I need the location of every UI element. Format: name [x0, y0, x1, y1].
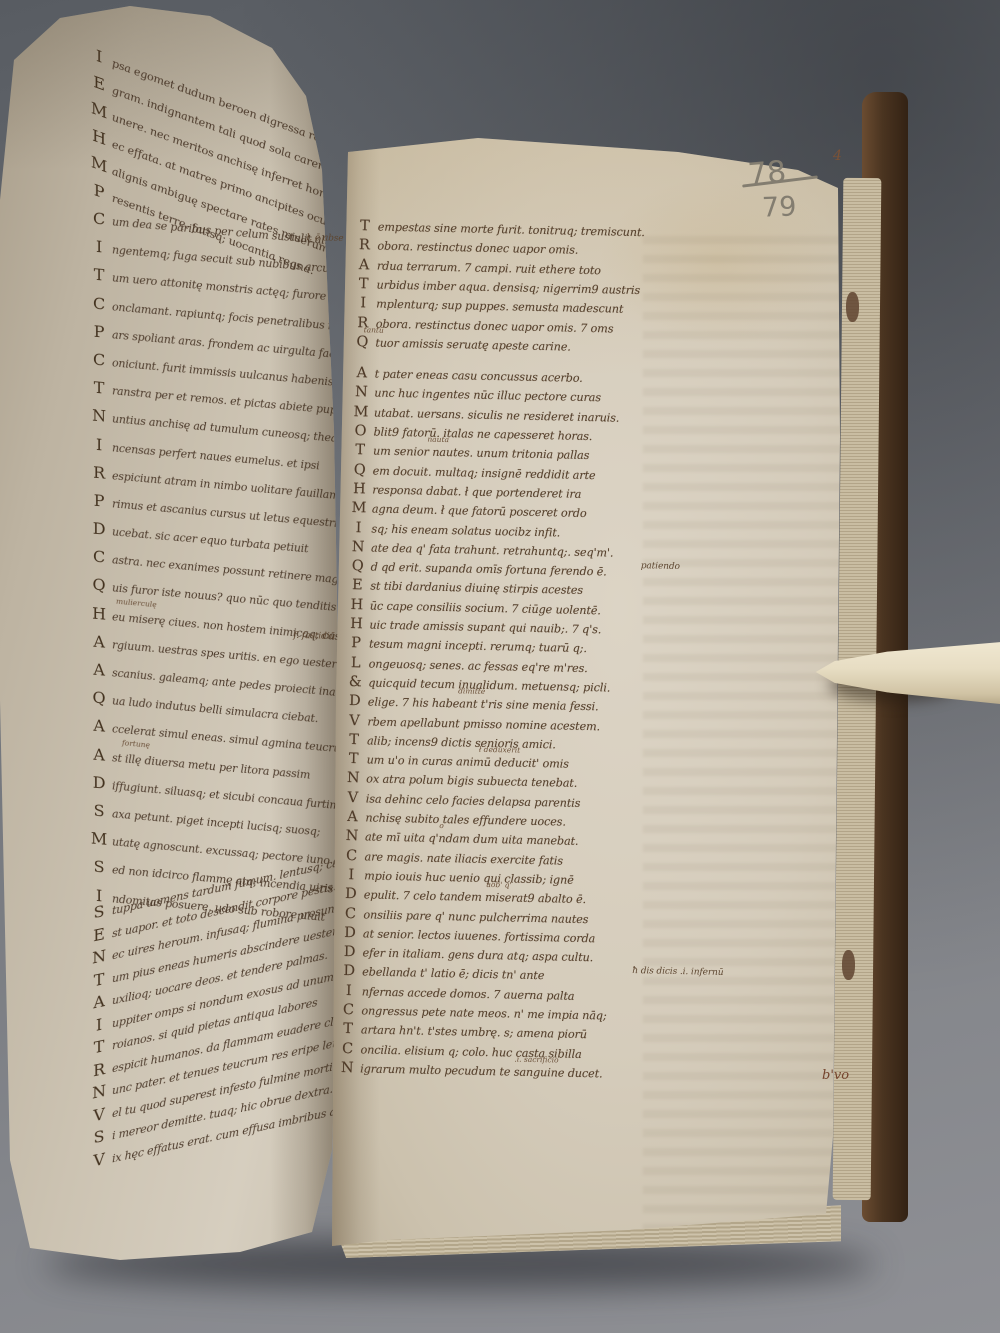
manuscript-line: Defer in italiam. gens dura atq; aspa cu…	[336, 944, 593, 965]
line-text: isa dehinc celo facies delapsa parentis	[366, 792, 581, 809]
line-initial: T	[86, 377, 112, 398]
manuscript-line: Longeuosq; senes. ac fessas eq're m'res.	[343, 654, 588, 675]
line-initial: P	[343, 635, 369, 652]
manuscript-line: Visa dehinc celo facies delapsa parentis	[340, 790, 581, 811]
line-text: st tibi dardanius diuinę stirpis acestes	[370, 580, 583, 597]
line-initial: A	[86, 659, 112, 680]
manuscript-line: Ptesum magni incepti. rerumq; tuarū q;.	[343, 635, 587, 656]
manuscript-line: Care magis. nate iliacis exercite fatis	[338, 847, 563, 868]
line-initial: Q	[86, 574, 112, 595]
manuscript-line: Mutabat. uersans. siculis ne resideret i…	[348, 404, 620, 426]
manuscript-line: Tum senior nautes. unum tritonia pallasn…	[347, 442, 590, 463]
line-initial: I	[86, 236, 112, 257]
line-initial: N	[339, 828, 365, 845]
margin-note: ħ dis dicis .i. infernū	[632, 966, 723, 978]
line-text: ox atra polum bigis subuecta tenebat.	[366, 773, 577, 790]
margin-note: patiendo	[641, 561, 680, 572]
line-text: ongeuosq; senes. ac fessas eq're m'res.	[369, 657, 588, 675]
line-initial: C	[337, 905, 363, 922]
line-text: at senior. lectos iuuenes. fortissima co…	[363, 927, 595, 945]
interlinear-gloss: nauta	[427, 435, 449, 444]
line-text: responsa dabat. ł que portenderet ira	[372, 483, 581, 500]
line-text: mpio iouis huc uenio qui classib; ignē	[364, 869, 574, 886]
manuscript-line: Congressus pete nate meos. n' me impia n…	[335, 1002, 607, 1024]
manuscript-line: Nigrarum multo pecudum te sanguine ducet…	[334, 1060, 603, 1082]
line-text: obora. restinctus donec uapor omis.	[377, 240, 578, 257]
line-initial: C	[338, 847, 364, 864]
line-initial: Q	[345, 558, 371, 575]
line-initial: M	[348, 404, 374, 421]
manuscript-line: Qd qd erit. supanda omīs fortuna ferendo…	[345, 558, 607, 579]
line-text: elige. 7 his habeant t'ris sine menia fe…	[368, 696, 599, 714]
manuscript-line: Turbidus imber aqua. densisq; nigerrim9 …	[350, 276, 640, 298]
line-initial: Q	[349, 334, 375, 351]
line-initial: D	[86, 518, 112, 539]
line-text: ate mī uita q'ndam dum uita manebat.	[365, 831, 579, 848]
line-initial: A	[351, 257, 377, 274]
line-initial: H	[344, 597, 370, 614]
line-initial: E	[344, 577, 370, 594]
quire-mark: b'vo	[822, 1068, 849, 1083]
line-initial: M	[86, 828, 112, 849]
line-initial: O	[347, 423, 373, 440]
line-initial: I	[86, 1012, 112, 1037]
line-initial: T	[341, 751, 367, 768]
manuscript-line: Robora. restinctus donec uapor omis. 7 o…	[350, 314, 614, 336]
line-initial: I	[350, 295, 376, 312]
manuscript-line: Dat senior. lectos iuuenes. fortissima c…	[337, 925, 595, 946]
line-initial: I	[345, 519, 371, 536]
line-text: t pater eneas casu concussus acerbo.	[375, 368, 583, 385]
line-text: agna deum. ł que fatorū posceret ordo	[372, 503, 587, 520]
line-initial: T	[350, 276, 376, 293]
line-initial: N	[334, 1060, 360, 1077]
line-initial: N	[345, 539, 371, 556]
line-initial: T	[341, 732, 367, 749]
manuscript-line: Infernas accede domos. 7 auerna palta	[336, 983, 575, 1004]
line-text: alib; incens9 dictis senioris amici.	[367, 734, 556, 751]
line-initial: C	[86, 293, 112, 314]
interlinear-gloss: o	[439, 821, 444, 830]
line-text: uic trade amissis supant qui nauib;. 7 q…	[369, 618, 601, 636]
manuscript-line: Tartara hn't. t'stes umbrę. s; amena pio…	[335, 1021, 587, 1042]
line-initial: T	[86, 1034, 112, 1059]
line-text: igrarum multo pecudum te sanguine ducet.	[360, 1062, 603, 1080]
manuscript-line: Qtuor amissis seruatę apeste carine.tant…	[349, 334, 571, 355]
line-initial: T	[86, 264, 112, 285]
line-initial: D	[338, 886, 364, 903]
line-text: tuor amissis seruatę apeste carine.	[375, 336, 571, 353]
manuscript-line: Nate dea q' fata trahunt. retrahuntq;. s…	[345, 539, 614, 561]
line-initial: I	[86, 434, 112, 455]
line-initial: A	[86, 744, 112, 765]
line-text: obora. restinctus donec uapor omis. 7 om…	[376, 317, 614, 335]
line-initial: A	[339, 809, 365, 826]
recto-text-block: Tempestas sine morte furit. tonitruq; tr…	[334, 218, 852, 1098]
line-initial: R	[351, 237, 377, 254]
interlinear-gloss: uob' q'	[486, 880, 512, 890]
manuscript-line: Depulit. 7 celo tandem miserat9 abalto ē…	[338, 886, 587, 907]
manuscript-line: Impio iouis huc uenio qui classib; ignē	[338, 867, 574, 888]
manuscript-line: Consiliis pare q' nunc pulcherrima naute…	[337, 905, 588, 926]
line-initial: H	[343, 616, 369, 633]
line-text: ate dea q' fata trahunt. retrahuntq;. se…	[371, 541, 614, 559]
manuscript-line: Debellanda t' latio ē; dicis tn' ante	[336, 963, 544, 983]
line-text: nchisę subito tales effundere uoces.	[365, 811, 566, 828]
line-initial: N	[86, 944, 112, 969]
manuscript-line: At pater eneas casu concussus acerbo.	[349, 365, 583, 386]
edge-tab	[842, 950, 855, 980]
line-initial: D	[342, 693, 368, 710]
line-text: epulit. 7 celo tandem miserat9 abalto ē.	[364, 889, 587, 907]
line-initial: Q	[86, 687, 112, 708]
margin-note: ł. ē abse	[251, 232, 343, 244]
line-text: em docuit. multaq; insignē reddidit arte	[373, 464, 596, 482]
line-initial: C	[86, 208, 112, 229]
manuscript-line: Talib; incens9 dictis senioris amici.	[341, 732, 556, 752]
photo-canvas: Ipsa egomet dudum beroen digressa reliqu…	[0, 0, 1000, 1333]
line-initial: A	[86, 631, 112, 652]
line-text: d qd erit. supanda omīs fortuna ferendo …	[371, 561, 607, 579]
line-text: um senior nautes. unum tritonia pallas	[373, 445, 589, 463]
line-initial: &	[342, 674, 368, 691]
manuscript-line: Vrbem apellabunt pmisso nomine acestem.	[341, 712, 600, 733]
line-initial: I	[336, 983, 362, 1000]
line-initial: S	[86, 899, 112, 924]
line-initial: V	[86, 1102, 112, 1127]
line-text: unc huc ingentes nūc illuc pectore curas	[374, 387, 601, 405]
line-initial: T	[335, 1021, 361, 1038]
pencil-folio-crossed: 78	[747, 154, 788, 192]
line-text: artara hn't. t'stes umbrę. s; amena pior…	[361, 1024, 587, 1042]
interlinear-gloss: fortunę	[122, 738, 150, 749]
manuscript-line: Hresponsa dabat. ł que portenderet ira	[346, 481, 581, 502]
line-text: um u'o in curas animū deducit' omis	[367, 754, 569, 771]
line-initial: A	[86, 715, 112, 736]
line-initial: V	[341, 712, 367, 729]
line-initial: C	[86, 546, 112, 567]
line-initial: D	[337, 925, 363, 942]
line-initial: R	[86, 1057, 112, 1082]
line-initial: D	[86, 772, 112, 793]
line-initial: D	[336, 944, 362, 961]
line-initial: N	[348, 384, 374, 401]
line-text: rbem apellabunt pmisso nomine acestem.	[367, 715, 600, 733]
interlinear-gloss: ł deduxerit	[479, 745, 521, 755]
line-text: empestas sine morte furit. tonitruq; tre…	[378, 221, 645, 240]
line-text: ūc cape consiliis socium. 7 ciūge uolent…	[370, 599, 601, 617]
manuscript-line: Robora. restinctus donec uapor omis.	[351, 237, 578, 258]
line-text: sq; his eneam solatus uocibz infit.	[371, 522, 560, 539]
line-initial: P	[86, 490, 112, 511]
line-initial: C	[335, 1002, 361, 1019]
pencil-folio-current: 79	[761, 191, 796, 223]
line-text: nfernas accede domos. 7 auerna palta	[362, 985, 575, 1002]
line-text: onsiliis pare q' nunc pulcherrima nautes	[363, 908, 588, 926]
line-text: ebellanda t' latio ē; dicis tn' ante	[362, 966, 544, 983]
line-initial: T	[86, 967, 112, 992]
line-text: tesum magni incepti. rerumq; tuarū q;.	[369, 638, 587, 656]
line-initial: E	[86, 922, 112, 947]
manuscript-line: Qem docuit. multaq; insignē reddidit art…	[347, 462, 596, 483]
interlinear-gloss: dimitte	[458, 687, 485, 697]
line-initial: S	[86, 856, 112, 877]
line-initial: H	[346, 481, 372, 498]
interlinear-gloss: .i. sacrificio	[514, 1054, 558, 1064]
margin-note: f. fastidiū	[243, 630, 335, 642]
manuscript-line: Isq; his eneam solatus uocibz infit.	[345, 519, 560, 539]
manuscript-line: Est tibi dardanius diuinę stirpis aceste…	[344, 577, 583, 598]
line-initial: N	[86, 405, 112, 426]
line-text: blit9 fatorū. italas ne capesseret horas…	[373, 425, 592, 443]
line-initial: I	[338, 867, 364, 884]
manuscript-line: Implenturq; sup puppes. semusta madescun…	[350, 295, 623, 317]
manuscript-line: Tum u'o in curas animū deducit' omisł de…	[341, 751, 569, 772]
manuscript-line: Ardua terrarum. 7 campi. ruit ethere tot…	[351, 257, 601, 278]
line-initial: C	[86, 349, 112, 370]
line-initial: C	[334, 1040, 360, 1057]
line-text: quicquid tecum inualidum. metuensq; picl…	[368, 676, 610, 694]
line-initial: D	[336, 963, 362, 980]
manuscript-line: Nate mī uita q'ndam dum uita manebat.o	[339, 828, 579, 849]
line-initial: R	[86, 462, 112, 483]
line-initial: L	[343, 654, 369, 671]
line-text: ongressus pete nate meos. n' me impia nā…	[361, 1004, 606, 1022]
line-text: rdua terrarum. 7 campi. ruit ethere toto	[377, 259, 601, 277]
line-initial: N	[340, 770, 366, 787]
interlinear-gloss: tantū	[364, 325, 384, 334]
line-initial: A	[86, 989, 112, 1014]
line-initial: A	[349, 365, 375, 382]
manuscript-line: Nox atra polum bigis subuecta tenebat.	[340, 770, 577, 791]
line-text: are magis. nate iliacis exercite fatis	[364, 850, 563, 867]
manuscript-line: Anchisę subito tales effundere uoces.	[339, 809, 566, 830]
ink-folio-number: 4	[833, 148, 842, 164]
manuscript-line: Nunc huc ingentes nūc illuc pectore cura…	[348, 384, 601, 405]
line-initial: N	[86, 1079, 112, 1104]
line-initial: V	[340, 790, 366, 807]
manuscript-line: Huic trade amissis supant qui nauib;. 7 …	[343, 616, 601, 637]
verso-page: Ipsa egomet dudum beroen digressa reliqu…	[0, 0, 348, 1333]
line-initial: P	[86, 321, 112, 342]
line-initial: M	[346, 500, 372, 517]
line-text: urbidus imber aqua. densisq; nigerrim9 a…	[376, 278, 640, 297]
line-initial: T	[347, 442, 373, 459]
line-initial: S	[86, 1124, 112, 1149]
line-initial: Q	[347, 462, 373, 479]
manuscript-line: Oblit9 fatorū. italas ne capesseret hora…	[347, 423, 592, 444]
line-initial: T	[352, 218, 378, 235]
line-text: utabat. uersans. siculis ne resideret in…	[374, 406, 620, 424]
line-initial: H	[86, 603, 112, 624]
line-initial: S	[86, 800, 112, 821]
line-initial: V	[86, 1147, 112, 1172]
manuscript-line: Hūc cape consiliis socium. 7 ciūge uolen…	[344, 597, 601, 618]
line-text: mplenturq; sup puppes. semusta madescunt	[376, 298, 623, 316]
manuscript-line: Magna deum. ł que fatorū posceret ordo	[346, 500, 587, 521]
line-text: efer in italiam. gens dura atq; aspa cul…	[362, 946, 593, 964]
manuscript-line: Delige. 7 his habeant t'ris sine menia f…	[342, 693, 599, 714]
